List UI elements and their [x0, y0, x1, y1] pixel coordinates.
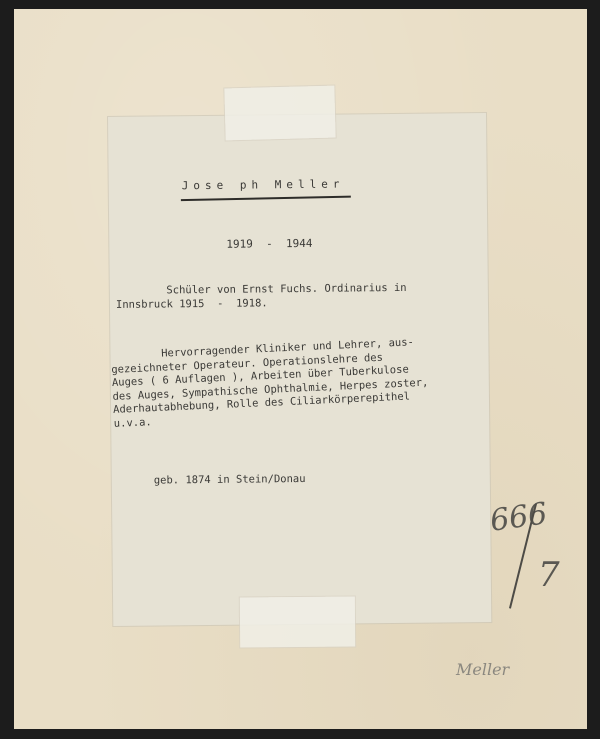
document-title: Jose ph Meller	[182, 178, 345, 193]
tenure-years: 1919 - 1944	[226, 237, 312, 251]
typed-sheet: Jose ph Meller 1919 - 1944 Schüler von E…	[108, 113, 491, 626]
mounting-board: Jose ph Meller 1919 - 1944 Schüler von E…	[14, 9, 587, 729]
birth-info: geb. 1874 in Stein/Donau	[154, 473, 306, 488]
title-underline	[181, 196, 351, 202]
tape-bottom	[240, 596, 355, 647]
pencil-name-note: Meller	[456, 660, 509, 679]
tape-top	[224, 86, 335, 141]
biography-paragraph-2: Hervorragender Kliniker und Lehrer, aus-…	[110, 336, 429, 431]
biography-paragraph-1: Schüler von Ernst Fuchs. Ordinarius in I…	[116, 282, 407, 312]
inventory-sub-number: 7	[538, 555, 560, 595]
